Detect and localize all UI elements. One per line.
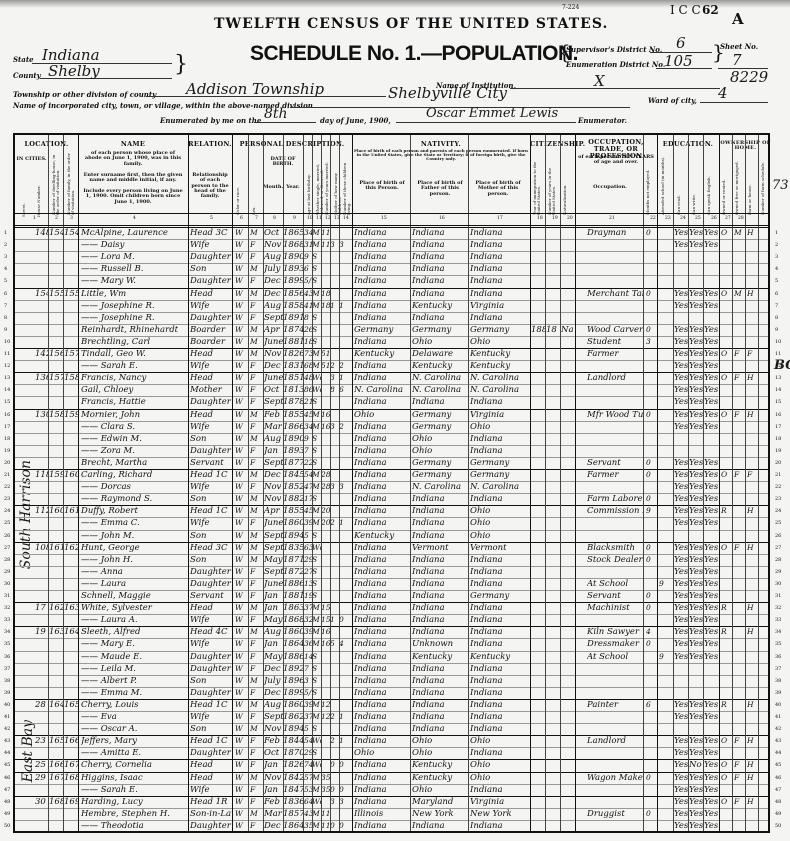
cell-marital: M bbox=[312, 421, 321, 434]
cell-own: O bbox=[721, 772, 732, 785]
col-attended-school: Attended school (in months). bbox=[661, 155, 665, 215]
cell-year: 1813 bbox=[283, 384, 303, 397]
cell-read: Yes bbox=[674, 820, 688, 833]
cell-eng: Yes bbox=[704, 372, 718, 385]
cell-read: Yes bbox=[674, 772, 688, 785]
line-number-right: 28 bbox=[775, 557, 781, 563]
cell-name: Brecht, Martha bbox=[81, 457, 187, 470]
table-row[interactable]: —— Sarah E.WifeWFJan184753M3500IndianaOh… bbox=[15, 784, 768, 797]
cell-month: Oct bbox=[264, 747, 283, 760]
corner-letter: A bbox=[732, 10, 744, 28]
cell-month: Dec bbox=[264, 360, 283, 373]
line-number: 37 bbox=[4, 666, 10, 672]
grid-line bbox=[657, 135, 658, 831]
cell-ym: 20 bbox=[321, 517, 330, 530]
cell-marital: S bbox=[312, 275, 321, 288]
line-number-right: 14 bbox=[775, 387, 781, 393]
col-children-living: Number of these children living. bbox=[343, 155, 351, 215]
cell-ym: 11 bbox=[321, 239, 330, 252]
line-number: 35 bbox=[4, 641, 10, 647]
line-number-right: 16 bbox=[775, 412, 781, 418]
grid-line bbox=[312, 135, 313, 831]
cell-month: Dec bbox=[264, 687, 283, 700]
cell-color: W bbox=[235, 409, 247, 422]
cell-sex: M bbox=[250, 336, 262, 349]
cell-relation: Head bbox=[190, 372, 232, 385]
table-row[interactable]: —— Emma M.DaughterWFDec18995/12SIndianaI… bbox=[15, 687, 768, 700]
cell-fh: H bbox=[747, 626, 758, 639]
cell-color: W bbox=[235, 300, 247, 313]
cell-bm: N. Carolina bbox=[470, 384, 528, 397]
cell-bp: Indiana bbox=[354, 288, 410, 301]
cell-occ: Merchant Tailor bbox=[587, 288, 643, 301]
cell-month: Aug bbox=[264, 626, 283, 639]
line-number-right: 13 bbox=[775, 375, 781, 381]
cell-relation: Son bbox=[190, 263, 232, 276]
table-row[interactable]: —— John M.SonWMSept18945SKentuckyIndiana… bbox=[15, 530, 768, 543]
table-row[interactable]: —— Zora M.DaughterWFJan18937SIndianaOhio… bbox=[15, 445, 768, 458]
col-birth-father: Place of birth of Father of this person. bbox=[412, 181, 468, 197]
cell-relation: Wife bbox=[190, 239, 232, 252]
table-row[interactable]: —— Josephine R.DaughterWFSept18918SIndia… bbox=[15, 312, 768, 325]
cell-color: W bbox=[235, 566, 247, 579]
cell-color: W bbox=[235, 614, 247, 627]
line-number: 19 bbox=[4, 448, 10, 454]
cell-family: 154 bbox=[64, 227, 78, 240]
table-row[interactable]: —— Josephine R.WifeWFAug185841M1811India… bbox=[15, 300, 768, 313]
cell-name: —— Josephine R. bbox=[81, 312, 187, 325]
col-house-number: House Number. bbox=[37, 173, 41, 217]
cell-marital: M bbox=[312, 699, 321, 712]
column-number: 28 bbox=[738, 216, 744, 221]
table-row[interactable]: 154155155Little, WmHeadWMDec185643M18Ind… bbox=[15, 288, 768, 301]
cell-occ: Druggist bbox=[587, 808, 643, 821]
cell-color: W bbox=[235, 626, 247, 639]
cell-year: 1862 bbox=[283, 711, 303, 724]
cell-marital: M bbox=[312, 638, 321, 651]
cell-read: Yes bbox=[674, 457, 688, 470]
line-number-right: 48 bbox=[775, 799, 781, 805]
cell-write: Yes bbox=[689, 481, 703, 494]
cell-bp: Indiana bbox=[354, 663, 410, 676]
cell-year: 1865 bbox=[283, 227, 303, 240]
table-row[interactable]: —— Raymond S.SonWMNov188217SIndianaIndia… bbox=[15, 493, 768, 506]
cell-year: 1860 bbox=[283, 699, 303, 712]
line-number: 24 bbox=[4, 508, 10, 514]
col-name-desc: of each person whose place of abode on J… bbox=[83, 151, 183, 167]
cell-write: Yes bbox=[689, 396, 703, 409]
cell-bp: Indiana bbox=[354, 675, 410, 688]
cell-bm: Indiana bbox=[470, 687, 528, 700]
cell-bf: Germany bbox=[412, 421, 468, 434]
cell-read: Yes bbox=[674, 336, 688, 349]
cell-name: Sleeth, Alfred bbox=[81, 626, 187, 639]
cell-family: 167 bbox=[64, 759, 78, 772]
cell-bm: Indiana bbox=[470, 493, 528, 506]
cell-family: 158 bbox=[64, 372, 78, 385]
table-row[interactable]: Brecht, MarthaServantWFSept187722SIndian… bbox=[15, 457, 768, 470]
table-row[interactable]: Francis, HattieDaughterWFSept187821SIndi… bbox=[15, 396, 768, 409]
cell-bf: Indiana bbox=[412, 505, 468, 518]
cell-year: 1864 bbox=[283, 820, 303, 833]
cell-mo: 3 bbox=[330, 372, 339, 385]
cell-ym: 12 bbox=[321, 711, 330, 724]
cell-eng: Yes bbox=[704, 469, 718, 482]
cell-write: Yes bbox=[689, 602, 703, 615]
col-months-unemployed: Months not employed. bbox=[646, 167, 650, 215]
table-row[interactable]: —— Sarah E.WifeWFDec183168M5122IndianaKe… bbox=[15, 360, 768, 373]
cell-relation: Wife bbox=[190, 481, 232, 494]
cell-bm: Indiana bbox=[470, 723, 528, 736]
table-row[interactable]: —— Russell B.SonWMJuly18936SIndianaIndia… bbox=[15, 263, 768, 276]
cell-eng: Yes bbox=[704, 808, 718, 821]
table-row[interactable]: 23165166Jeffers, MaryHead 1CWFFeb184454W… bbox=[15, 735, 768, 748]
cell-fh: H bbox=[747, 288, 758, 301]
table-row[interactable]: 118159160Carling, RichardHead 1CWMDec184… bbox=[15, 469, 768, 482]
table-row[interactable]: 17162163White, SylvesterHeadWMJan186337M… bbox=[15, 602, 768, 615]
cell-dwelling: 161 bbox=[49, 542, 63, 555]
cell-name: —— Mary W. bbox=[81, 275, 187, 288]
table-row[interactable]: 130158159Mornier, JohnHeadWMFeb185545M16… bbox=[15, 409, 768, 422]
line-number-right: 23 bbox=[775, 496, 781, 502]
cell-sex: F bbox=[250, 300, 262, 313]
cell-relation: Head bbox=[190, 409, 232, 422]
table-row[interactable]: —— EvaWifeWFSept186237M1221IndianaIndian… bbox=[15, 711, 768, 724]
line-number: 43 bbox=[4, 738, 10, 744]
cell-year: 1860 bbox=[283, 517, 303, 530]
table-row[interactable]: 108161162Hunt, GeorgeHead 3CWMSept183563… bbox=[15, 542, 768, 555]
column-number: 1 bbox=[33, 216, 36, 221]
cell-read: Yes bbox=[674, 759, 688, 772]
brace-icon: } bbox=[174, 52, 188, 77]
col-years-in-us: Number of years in the United States. bbox=[548, 155, 556, 215]
cell-eng: Yes bbox=[704, 590, 718, 603]
table-row[interactable]: —— John H.SonWMMay187129SIndianaIndianaI… bbox=[15, 554, 768, 567]
cell-bp: Indiana bbox=[354, 602, 410, 615]
col-name-note2: Include every person living on June 1, 1… bbox=[83, 189, 183, 205]
cell-month: Feb bbox=[264, 735, 283, 748]
cell-year: 1835 bbox=[283, 542, 303, 555]
cell-marital: M bbox=[312, 288, 321, 301]
col-occupation-sub: Occupation. bbox=[577, 185, 643, 190]
cell-relation: Head bbox=[190, 602, 232, 615]
line-number: 14 bbox=[4, 387, 10, 393]
cell-bp: Indiana bbox=[354, 784, 410, 797]
line-number-right: 9 bbox=[775, 327, 778, 333]
grid-line bbox=[688, 135, 689, 831]
column-number: 16 bbox=[439, 216, 445, 221]
cell-name: Hembre, Stephen H. bbox=[81, 808, 187, 821]
cell-fh: H bbox=[747, 505, 758, 518]
cell-bp: Germany bbox=[354, 324, 410, 337]
table-row[interactable]: —— Laura A.WifeWFMay186832M1510IndianaIn… bbox=[15, 614, 768, 627]
table-row[interactable]: —— Mary E.WifeWFJan186436M1654IndianaUnk… bbox=[15, 638, 768, 651]
cell-relation: Head 1C bbox=[190, 735, 232, 748]
cell-year: 1857 bbox=[283, 808, 303, 821]
cell-sex: F bbox=[250, 251, 262, 264]
cell-relation: Head 4C bbox=[190, 626, 232, 639]
cell-eng: Yes bbox=[704, 638, 718, 651]
cell-sex: M bbox=[250, 530, 262, 543]
cell-bm: Indiana bbox=[470, 699, 528, 712]
cell-sex: F bbox=[250, 566, 262, 579]
cell-bm: Indiana bbox=[470, 626, 528, 639]
table-row[interactable]: —— Clara S.WifeWFMar186634M1632IndianaGe… bbox=[15, 421, 768, 434]
cell-fh: H bbox=[747, 602, 758, 615]
cell-sex: M bbox=[250, 324, 262, 337]
sheet-number: 7 bbox=[732, 51, 742, 69]
table-row[interactable]: —— DaisyWifeWFNov186831M1133IndianaIndia… bbox=[15, 239, 768, 252]
cell-color: W bbox=[235, 336, 247, 349]
table-row[interactable]: —— Edwin M.SonWMAug18909SIndianaOhioIndi… bbox=[15, 433, 768, 446]
cell-write: Yes bbox=[689, 421, 703, 434]
table-row[interactable]: —— LauraDaughterWFJune188613SIndianaIndi… bbox=[15, 578, 768, 591]
cell-sex: F bbox=[250, 372, 262, 385]
line-number-right: 1 bbox=[775, 230, 778, 236]
cell-bp: Indiana bbox=[354, 433, 410, 446]
cell-bm: Indiana bbox=[470, 445, 528, 458]
col-age: Age at last birthday. bbox=[307, 155, 311, 215]
cell-marital: M bbox=[312, 602, 321, 615]
cell-write: Yes bbox=[689, 517, 703, 530]
cell-color: W bbox=[235, 384, 247, 397]
table-row[interactable]: —— AnnaDaughterWFSept187227SIndianaIndia… bbox=[15, 566, 768, 579]
table-row[interactable]: —— Leila M.DaughterWFDec18927SIndianaInd… bbox=[15, 663, 768, 676]
cell-eng: Yes bbox=[704, 566, 718, 579]
line-number: 5 bbox=[4, 278, 7, 284]
film-number: 8229 bbox=[730, 68, 768, 86]
cell-year: 1881 bbox=[283, 590, 303, 603]
cell-month: Jan bbox=[264, 602, 283, 615]
cell-marital: M bbox=[312, 409, 321, 422]
table-row[interactable]: —— TheodotiaDaughterWFDec186435M1100Indi… bbox=[15, 820, 768, 833]
cell-cl: 4 bbox=[339, 638, 351, 651]
cell-name: —— Oscar A. bbox=[81, 723, 187, 736]
cell-marital: S bbox=[312, 445, 321, 458]
line-number-right: 11 bbox=[775, 351, 781, 357]
cell-bf: Indiana bbox=[412, 687, 468, 700]
cell-name: —— Raymond S. bbox=[81, 493, 187, 506]
cell-sex: M bbox=[250, 675, 262, 688]
cell-mo: 2 bbox=[330, 711, 339, 724]
col-street: Street. bbox=[22, 173, 26, 217]
cell-bp: Indiana bbox=[354, 505, 410, 518]
cell-year: 1870 bbox=[283, 747, 303, 760]
cell-name: Jeffers, Mary bbox=[81, 735, 187, 748]
cell-month: Sept bbox=[264, 530, 283, 543]
cell-year: 1836 bbox=[283, 796, 303, 809]
grid-line bbox=[545, 135, 546, 831]
line-number: 10 bbox=[4, 339, 10, 345]
cell-month: Aug bbox=[264, 251, 283, 264]
line-number: 2 bbox=[4, 242, 7, 248]
table-row[interactable]: —— Lora M.DaughterWFAug18909SIndianaIndi… bbox=[15, 251, 768, 264]
cell-mo: 3 bbox=[330, 796, 339, 809]
line-number: 4 bbox=[4, 266, 7, 272]
cell-mort: F bbox=[734, 372, 745, 385]
cell-bm: Indiana bbox=[470, 251, 528, 264]
cell-eng: Yes bbox=[704, 384, 718, 397]
table-row[interactable]: —— Amitta E.DaughterWFOct187029SOhioOhio… bbox=[15, 747, 768, 760]
cell-month: Nov bbox=[264, 772, 283, 785]
cell-relation: Daughter bbox=[190, 651, 232, 664]
cell-house: 25 bbox=[35, 759, 49, 772]
cell-bm: Germany bbox=[470, 469, 528, 482]
institution-label: Name of Institution, bbox=[436, 81, 516, 90]
cell-cit-nat: Na bbox=[561, 324, 575, 337]
cell-bm: Kentucky bbox=[470, 348, 528, 361]
cell-eng: Yes bbox=[704, 348, 718, 361]
table-row[interactable]: 25166167Cherry, CorneliaHeadWFJan182674W… bbox=[15, 759, 768, 772]
table-row[interactable]: —— Mary W.DaughterWFDec18995/12SIndianaI… bbox=[15, 275, 768, 288]
cell-bp: Indiana bbox=[354, 735, 410, 748]
cell-color: W bbox=[235, 735, 247, 748]
cell-unemp: 0 bbox=[646, 227, 656, 240]
cell-marital: M bbox=[312, 772, 321, 785]
cell-month: Dec bbox=[264, 288, 283, 301]
cell-color: W bbox=[235, 481, 247, 494]
cell-eng: Yes bbox=[704, 796, 718, 809]
table-row[interactable]: 29167168Higgins, IsaacHeadWMNov184257M35… bbox=[15, 772, 768, 785]
cell-write: Yes bbox=[689, 590, 703, 603]
cell-color: W bbox=[235, 772, 247, 785]
cell-month: Sept bbox=[264, 312, 283, 325]
cell-bm: Germany bbox=[470, 590, 528, 603]
line-number: 15 bbox=[4, 399, 10, 405]
cell-sex: F bbox=[250, 614, 262, 627]
cell-write: Yes bbox=[689, 614, 703, 627]
table-row[interactable]: Hembre, Stephen H.Son-in-LawWMMar185743M… bbox=[15, 808, 768, 821]
sheet-label: Sheet No. bbox=[720, 42, 758, 51]
cell-month: Feb bbox=[264, 796, 283, 809]
cell-year: 1847 bbox=[283, 784, 303, 797]
cell-bf: Ohio bbox=[412, 445, 468, 458]
table-row[interactable]: 28164165Cherry, LouisHead 1CWMAug186039M… bbox=[15, 699, 768, 712]
line-number-right: 22 bbox=[775, 484, 781, 490]
cell-relation: Head bbox=[190, 772, 232, 785]
table-row[interactable]: 148154154McAlpine, LaurenceHead 3CWMOct1… bbox=[15, 227, 768, 240]
cell-color: W bbox=[235, 469, 247, 482]
cell-read: Yes bbox=[674, 699, 688, 712]
table-row[interactable]: 30168169Harding, LucyHead 1RWFFeb183664W… bbox=[15, 796, 768, 809]
cell-bm: Ohio bbox=[470, 517, 528, 530]
cell-relation: Son-in-Law bbox=[190, 808, 232, 821]
county-label: County bbox=[13, 71, 41, 80]
enumerated-suffix: day of June, 1900, bbox=[320, 116, 391, 125]
column-number: 24 bbox=[680, 216, 686, 221]
cell-ym: 12 bbox=[321, 699, 330, 712]
table-row[interactable]: 19163164Sleeth, AlfredHead 4CWMAug186039… bbox=[15, 626, 768, 639]
grid-line bbox=[530, 135, 531, 831]
cell-year: 1878 bbox=[283, 396, 303, 409]
cell-name: Higgins, Isaac bbox=[81, 772, 187, 785]
cell-bp: Illinois bbox=[354, 808, 410, 821]
cell-bf: Ohio bbox=[412, 433, 468, 446]
cell-family: 169 bbox=[64, 796, 78, 809]
cell-month: Sept bbox=[264, 542, 283, 555]
cell-name: —— John H. bbox=[81, 554, 187, 567]
enumerated-prefix: Enumerated by me on the bbox=[160, 116, 261, 125]
cell-dwelling: 164 bbox=[49, 699, 63, 712]
line-number-right: 32 bbox=[775, 605, 781, 611]
cell-mort: F bbox=[734, 469, 745, 482]
table-row[interactable]: Brechtling, CarlBoarderWMJune188118SIndi… bbox=[15, 336, 768, 349]
table-row[interactable]: —— Emma C.WifeWFJune186039M2021IndianaIn… bbox=[15, 517, 768, 530]
cell-name: Mornier, John bbox=[81, 409, 187, 422]
cell-marital: S bbox=[312, 263, 321, 276]
cell-write: Yes bbox=[689, 336, 703, 349]
table-row[interactable]: Reinhardt, RhinehardtBoarderWMApr187426S… bbox=[15, 324, 768, 337]
table-row[interactable]: Gail, ChloeyMotherWFOct181386Wd86N. Caro… bbox=[15, 384, 768, 397]
cell-bp: Indiana bbox=[354, 699, 410, 712]
cell-month: Mar bbox=[264, 808, 283, 821]
cell-eng: Yes bbox=[704, 336, 718, 349]
table-row[interactable]: 136157158Francis, NancyHeadWFJune185148W… bbox=[15, 372, 768, 385]
table-row[interactable]: 112160161Duffy, RobertHead 1CWMApr185545… bbox=[15, 505, 768, 518]
line-number-right: 47 bbox=[775, 787, 781, 793]
cell-bm: Virginia bbox=[470, 796, 528, 809]
table-row[interactable]: —— DorcasWifeWFNov185247M2833IndianaN. C… bbox=[15, 481, 768, 494]
cell-occ: Farmer bbox=[587, 348, 643, 361]
cell-color: W bbox=[235, 312, 247, 325]
cell-write: Yes bbox=[689, 457, 703, 470]
cell-relation: Daughter bbox=[190, 820, 232, 833]
cell-bf: N. Carolina bbox=[412, 372, 468, 385]
cell-sex: M bbox=[250, 469, 262, 482]
cell-read: Yes bbox=[674, 808, 688, 821]
cell-sex: M bbox=[250, 348, 262, 361]
cell-bp: Ohio bbox=[354, 747, 410, 760]
cell-eng: Yes bbox=[704, 554, 718, 567]
line-number-right: 50 bbox=[775, 823, 781, 829]
cell-bp: Indiana bbox=[354, 481, 410, 494]
cell-sex: M bbox=[250, 772, 262, 785]
cell-marital: M bbox=[312, 300, 321, 313]
cell-mo: 2 bbox=[330, 360, 339, 373]
cell-cl: 1 bbox=[339, 735, 351, 748]
line-number-right: 20 bbox=[775, 460, 781, 466]
col-farm-schedule: Number of farm schedule. bbox=[761, 155, 765, 215]
table-row[interactable]: —— Albert P.SonWMJuly18963SIndianaIndian… bbox=[15, 675, 768, 688]
cell-color: W bbox=[235, 493, 247, 506]
table-row[interactable]: —— Oscar A.SonWMNov18945SIndianaIndianaI… bbox=[15, 723, 768, 736]
cell-year: 1894 bbox=[283, 723, 303, 736]
cell-color: W bbox=[235, 820, 247, 833]
table-row[interactable]: 142156157Tindall, Geo W.HeadWMNov182673M… bbox=[15, 348, 768, 361]
cell-dwelling: 155 bbox=[49, 288, 63, 301]
cell-name: Little, Wm bbox=[81, 288, 187, 301]
col-speak-english: Can speak English. bbox=[707, 155, 711, 215]
cell-name: Carling, Richard bbox=[81, 469, 187, 482]
table-row[interactable]: Schnell, MaggieServantWFJan188119SIndian… bbox=[15, 590, 768, 603]
grid-line bbox=[673, 135, 674, 831]
cell-year: 1860 bbox=[283, 626, 303, 639]
cell-eng: Yes bbox=[704, 699, 718, 712]
line-number: 30 bbox=[4, 581, 10, 587]
cell-eng: Yes bbox=[704, 360, 718, 373]
cell-own: O bbox=[721, 409, 732, 422]
cell-name: —— Anna bbox=[81, 566, 187, 579]
cell-dwelling: 158 bbox=[49, 409, 63, 422]
cell-marital: S bbox=[312, 747, 321, 760]
cell-bm: Indiana bbox=[470, 578, 528, 591]
cell-bm: Kentucky bbox=[470, 651, 528, 664]
cell-relation: Wife bbox=[190, 638, 232, 651]
column-number: 2 bbox=[55, 216, 58, 221]
cell-bm: Ohio bbox=[470, 421, 528, 434]
cell-marital: Wd bbox=[312, 796, 321, 809]
table-row[interactable]: —— Maude E.DaughterWFMay188614SIndianaKe… bbox=[15, 651, 768, 664]
